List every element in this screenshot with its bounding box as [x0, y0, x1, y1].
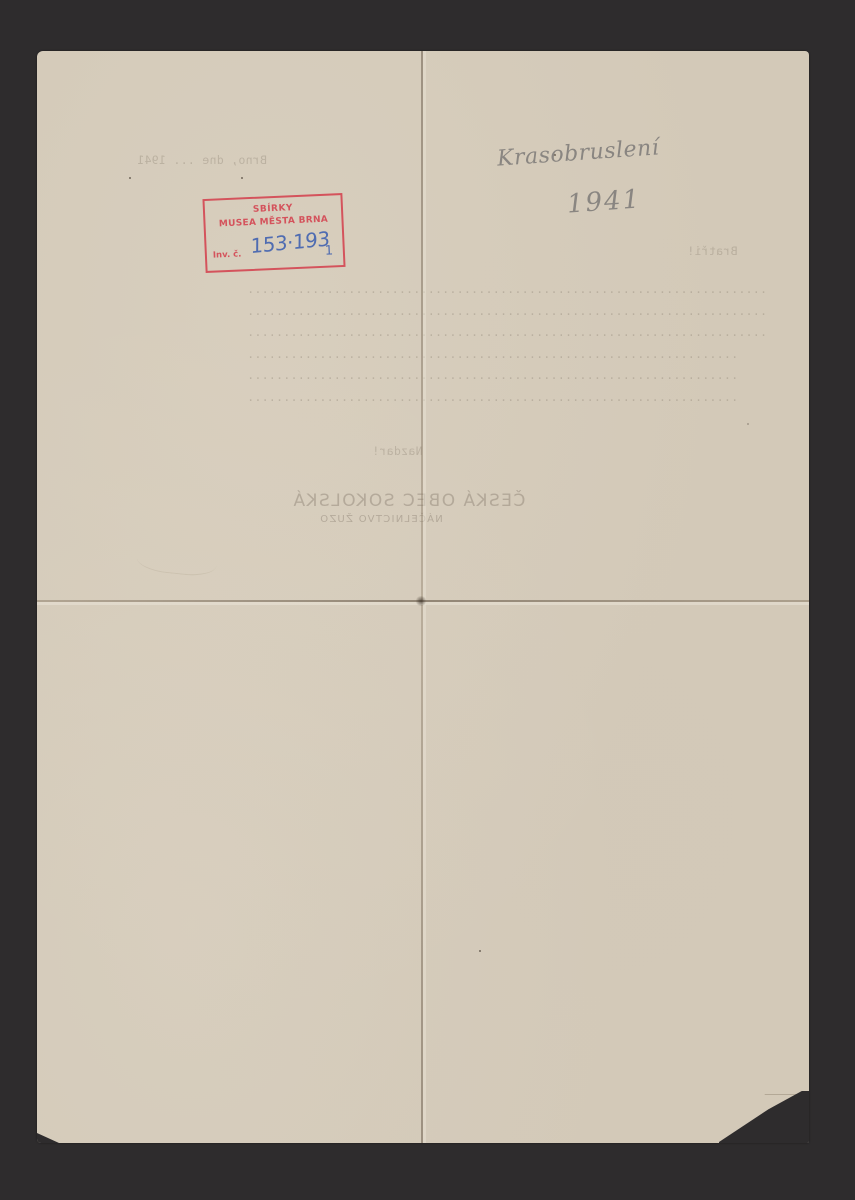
- paper-speck: [129, 177, 131, 179]
- stamp-inventory-number: 153·193: [250, 226, 329, 258]
- pencil-annotation-year: 1941: [566, 184, 642, 219]
- stamp-sub-number: 1: [325, 243, 334, 258]
- corner-notch: [37, 1133, 59, 1143]
- paper-speck: [747, 423, 749, 425]
- show-through-salutation: Bratři!: [687, 244, 738, 258]
- fold-crossing-mark: [415, 596, 427, 606]
- paper-speck: [479, 950, 481, 952]
- show-through-signature: [136, 539, 219, 578]
- scan-background: Brno, dne ... 1941 Bratři! .............…: [0, 0, 855, 1200]
- show-through-closing: Nazdar!: [372, 444, 423, 458]
- show-through-header: Brno, dne ... 1941: [137, 153, 267, 167]
- paper-speck: [241, 177, 243, 179]
- document-sheet: Brno, dne ... 1941 Bratři! .............…: [37, 51, 809, 1143]
- stamp-inventory-label: Inv. č.: [213, 249, 242, 260]
- pencil-annotation-title: Krasobruslení: [496, 135, 660, 171]
- show-through-organization: ČESKÁ OBEC SOKOLSKÁ: [292, 491, 525, 511]
- paper-speck: [554, 154, 556, 156]
- museum-inventory-stamp: SBÍRKY MUSEA MĚSTA BRNA Inv. č. 153·193 …: [202, 193, 345, 273]
